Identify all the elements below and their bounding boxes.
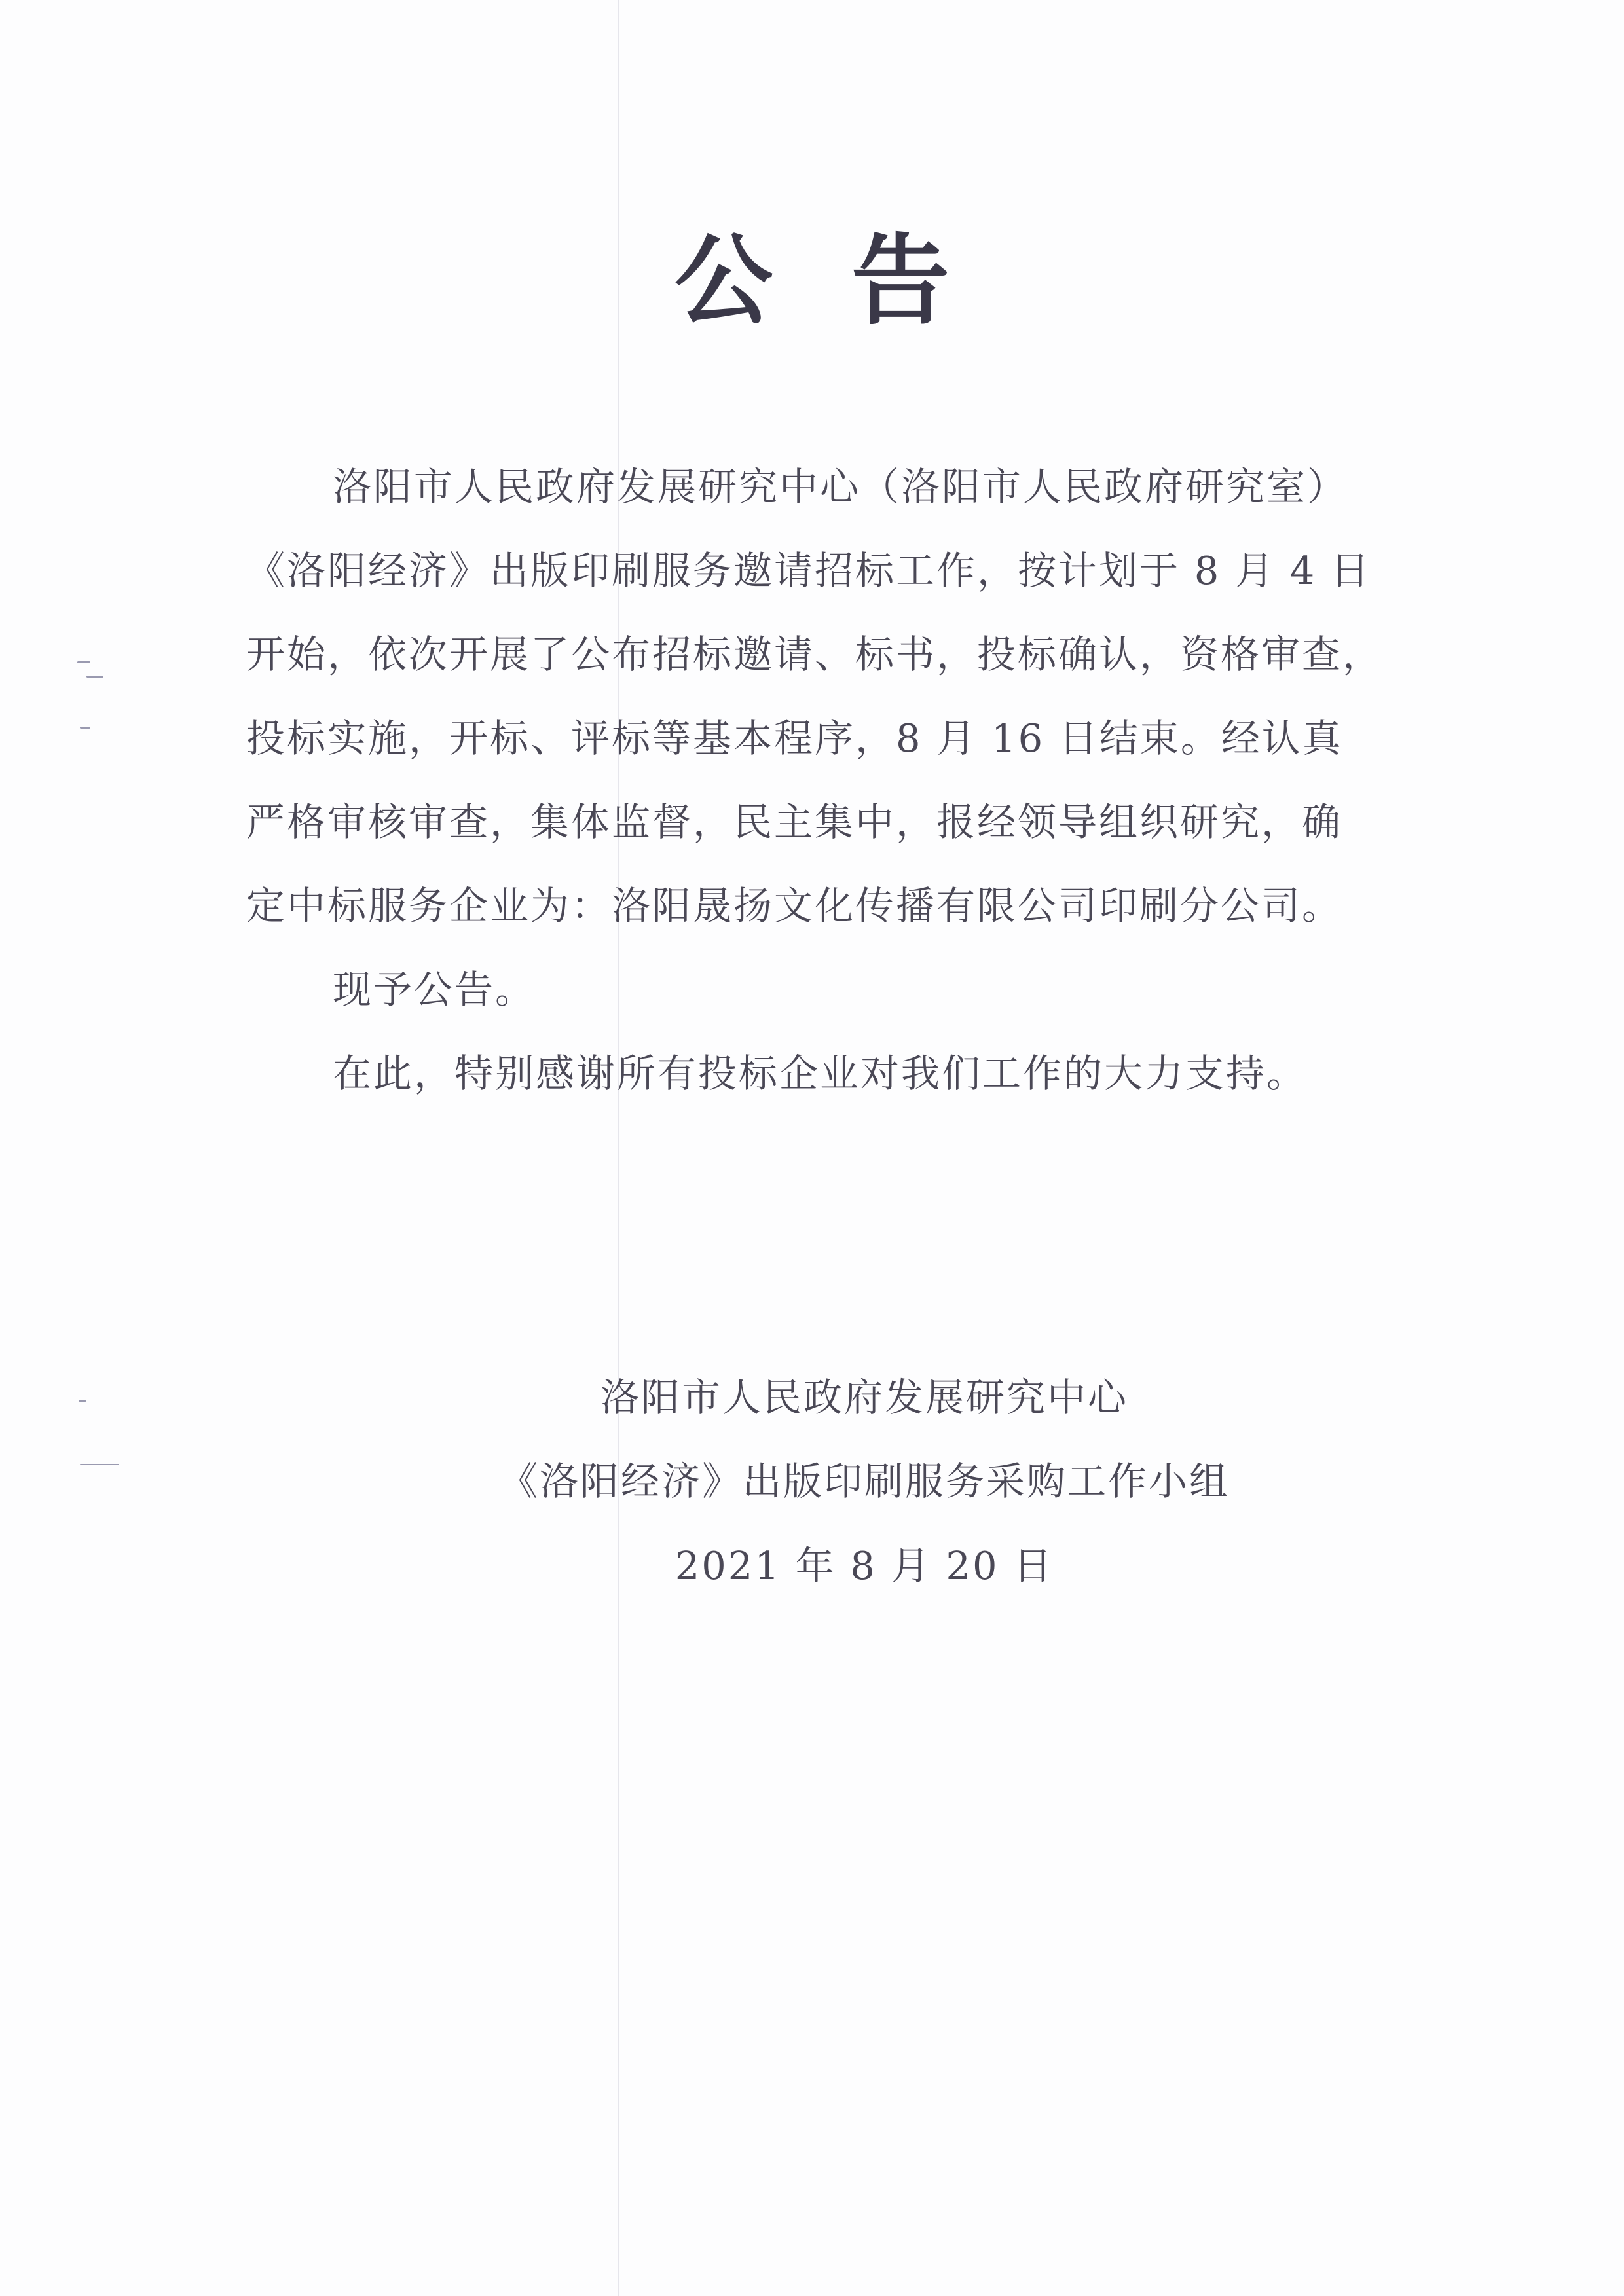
signature-organization: 洛阳市人民政府发展研究中心 <box>0 1375 1624 1421</box>
paragraph-line: 投标实施，开标、评标等基本程序，8 月 16 日结束。经认真 <box>246 697 1405 780</box>
thanks-statement: 在此，特别感谢所有投标企业对我们工作的大力支持。 <box>246 1032 1405 1116</box>
document-body: 洛阳市人民政府发展研究中心（洛阳市人民政府研究室） 《洛阳经济》出版印刷服务邀请… <box>246 445 1405 1116</box>
paragraph-line: 《洛阳经济》出版印刷服务邀请招标工作，按计划于 8 月 4 日 <box>246 529 1405 613</box>
scan-mark <box>80 727 90 729</box>
scan-mark <box>86 676 103 678</box>
paragraph-line: 定中标服务企业为：洛阳晟扬文化传播有限公司印刷分公司。 <box>246 864 1405 948</box>
page-title: 公告 <box>0 226 1624 337</box>
announcement-statement: 现予公告。 <box>246 948 1405 1032</box>
paragraph-line: 洛阳市人民政府发展研究中心（洛阳市人民政府研究室） <box>246 445 1405 529</box>
scan-fold-line <box>618 0 619 2296</box>
paragraph-line: 开始，依次开展了公布招标邀请、标书，投标确认，资格审查， <box>246 613 1405 697</box>
paragraph-line: 严格审核审查，集体监督，民主集中，报经领导组织研究，确 <box>246 780 1405 864</box>
signature-working-group: 《洛阳经济》出版印刷服务采购工作小组 <box>0 1459 1624 1504</box>
signature-date: 2021 年 8 月 20 日 <box>0 1543 1624 1589</box>
scan-mark <box>77 661 90 663</box>
